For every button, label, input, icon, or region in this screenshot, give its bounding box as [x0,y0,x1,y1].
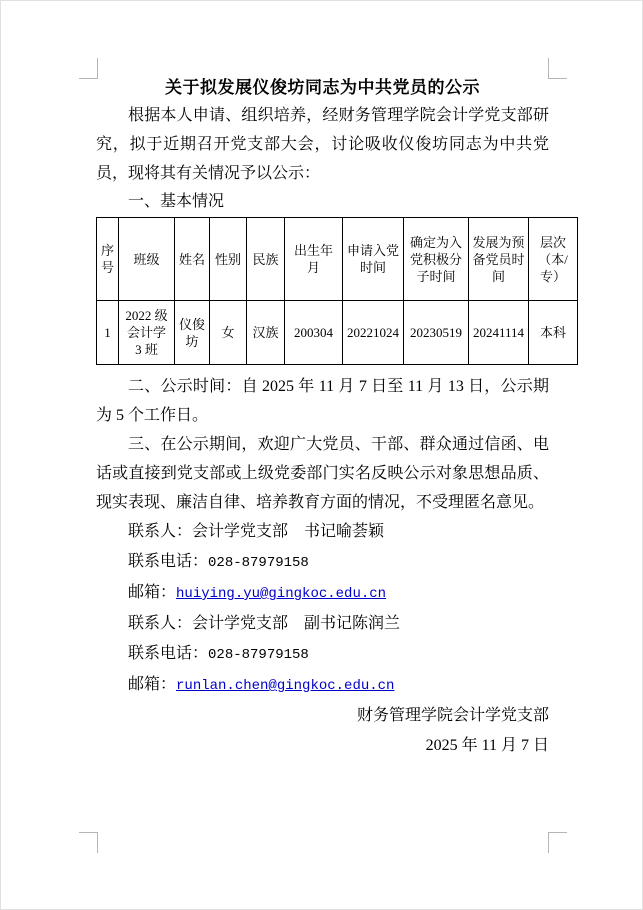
basic-info-table: 序 号 班级 姓名 性别 民族 出生年 月 申请入党 时间 确定为入 党积极分 … [96,217,578,365]
email-link[interactable]: huiying.yu@gingkoc.edu.cn [176,586,386,602]
publicity-period-paragraph: 二、公示时间：自 2025 年 11 月 7 日至 11 月 13 日，公示期为… [96,372,549,430]
cell-activist-time: 20230519 [404,301,469,365]
feedback-paragraph: 三、在公示期间，欢迎广大党员、干部、群众通过信函、电话或直接到党支部或上级党委部… [96,430,549,517]
phone-number: 028-87979158 [208,555,309,571]
signature-line: 财务管理学院会计学党支部 [96,701,549,731]
phone-label: 联系电话： [128,645,208,662]
header-cell-name: 姓名 [175,218,210,301]
section-basic-info-heading: 一、基本情况 [96,188,549,215]
contact-person-line: 联系人：会计学党支部 书记喻荟颖 [96,517,549,547]
intro-paragraph: 根据本人申请、组织培养，经财务管理学院会计学党支部研究，拟于近期召开党支部大会，… [96,101,549,188]
contact-block-1: 联系人：会计学党支部 书记喻荟颖 联系电话：028-87979158 邮箱：hu… [96,517,549,609]
header-cell-gender: 性别 [210,218,247,301]
header-cell-apply-time: 申请入党 时间 [343,218,404,301]
table-header-row: 序 号 班级 姓名 性别 民族 出生年 月 申请入党 时间 确定为入 党积极分 … [97,218,578,301]
header-cell-activist-time: 确定为入 党积极分 子时间 [404,218,469,301]
cell-birth: 200304 [285,301,343,365]
notice-title: 关于拟发展仪俊坊同志为中共党员的公示 [96,75,549,101]
cell-level: 本科 [529,301,578,365]
header-cell-probation-time: 发展为预 备党员时 间 [469,218,529,301]
email-label: 邮箱： [128,676,176,693]
header-cell-ethnicity: 民族 [247,218,285,301]
header-cell-class: 班级 [119,218,175,301]
crop-mark-bottom-left [79,832,98,853]
header-cell-level: 层次 （本/ 专） [529,218,578,301]
contact-email-line: 邮箱：huiying.yu@gingkoc.edu.cn [96,578,549,609]
contact-email-line: 邮箱：runlan.chen@gingkoc.edu.cn [96,670,549,701]
cell-seq: 1 [97,301,119,365]
crop-mark-bottom-right [548,832,567,853]
cell-ethnicity: 汉族 [247,301,285,365]
cell-probation-time: 20241114 [469,301,529,365]
contact-person-line: 联系人：会计学党支部 副书记陈润兰 [96,609,549,639]
email-label: 邮箱： [128,584,176,601]
contact-phone-line: 联系电话：028-87979158 [96,639,549,670]
header-cell-seq: 序 号 [97,218,119,301]
email-link[interactable]: runlan.chen@gingkoc.edu.cn [176,678,394,694]
cell-gender: 女 [210,301,247,365]
cell-apply-time: 20221024 [343,301,404,365]
phone-number: 028-87979158 [208,647,309,663]
contact-block-2: 联系人：会计学党支部 副书记陈润兰 联系电话：028-87979158 邮箱：r… [96,609,549,701]
cell-class: 2022 级 会计学 3 班 [119,301,175,365]
contact-phone-line: 联系电话：028-87979158 [96,547,549,578]
table-data-row: 1 2022 级 会计学 3 班 仪俊 坊 女 汉族 200304 202210… [97,301,578,365]
cell-name: 仪俊 坊 [175,301,210,365]
date-line: 2025 年 11 月 7 日 [96,731,549,761]
phone-label: 联系电话： [128,553,208,570]
document-content: 关于拟发展仪俊坊同志为中共党员的公示 根据本人申请、组织培养，经财务管理学院会计… [96,75,549,761]
crop-mark-top-right [548,58,567,79]
document-page: 关于拟发展仪俊坊同志为中共党员的公示 根据本人申请、组织培养，经财务管理学院会计… [0,0,643,910]
header-cell-birth: 出生年 月 [285,218,343,301]
